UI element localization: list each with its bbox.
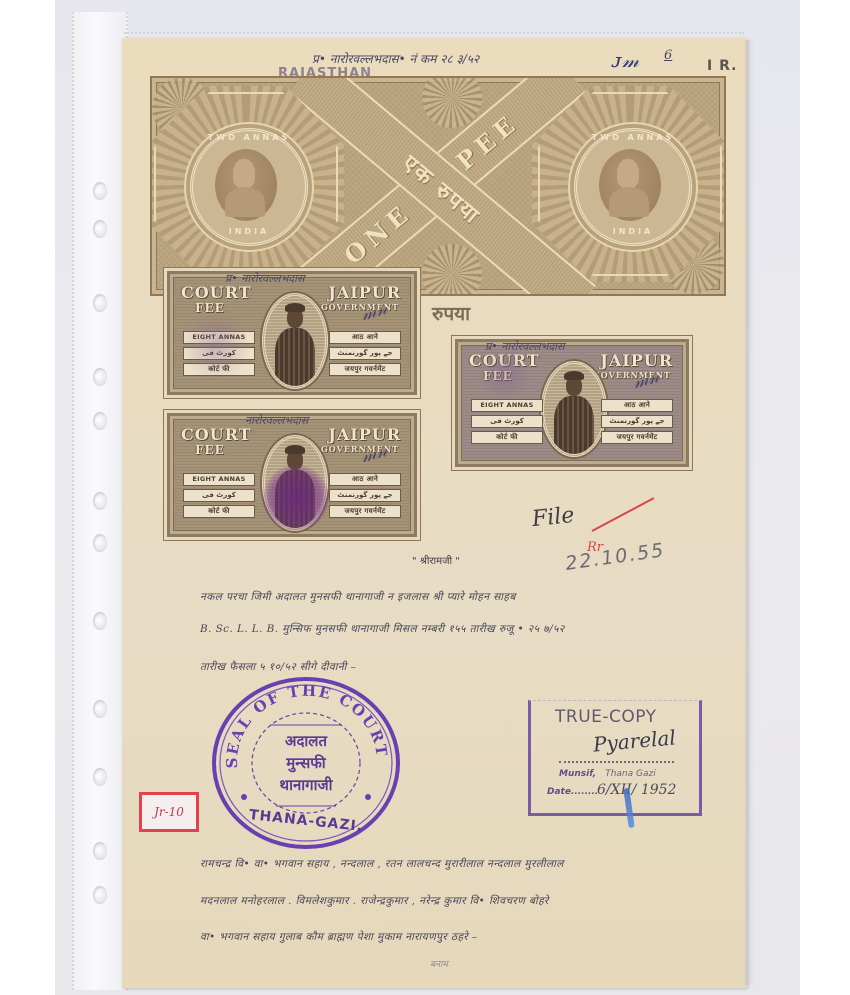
maharaja-portrait [541,361,607,457]
medallion-text: INDIA [193,227,305,236]
right-medallion: TWO ANNAS INDIA [574,128,692,246]
stamp-value-label: EIGHT ANNAS [183,473,255,486]
file-annotation: File [531,503,576,532]
punch-hole [93,412,107,430]
stamp-value-label: EIGHT ANNAS [471,399,543,412]
body-text-line: वा• भगवान सहाय गुलाब कौम ब्राह्मण पेशा म… [200,930,478,944]
stamp-value-label-hi: आठ आने [329,473,401,486]
punch-hole [93,842,107,860]
king-portrait [599,149,661,221]
true-copy-signature: Pyarelal [592,725,677,756]
court-fee-stamp: COURT FEE JAIPUR GOVERNMENT EIGHT ANNAS … [164,268,420,398]
body-text-line: रामचन्द्र वि• वा• भगवान सहाय , नन्दलाल ,… [200,857,564,871]
punch-hole [93,368,107,386]
body-text-line: नकल परचा जिमी अदालत मुनसफी थानागाजी न इज… [200,590,516,604]
denomination-mark: I R. [707,58,737,74]
stamp-urdu-label: کورٹ فی [471,415,543,428]
punch-hole [93,612,107,630]
date-value: 6/XII/ 1952 [597,782,676,798]
portrait-body [554,396,594,456]
stamp-cancellation-handwriting: नारोरवल्लभदास [245,413,308,428]
stamp-jaipur-word: JAIPUR [600,351,673,370]
faint-ink-mark [475,349,535,399]
medallion-text: TWO ANNAS [193,133,305,142]
stamp-value-label-hi: आठ आने [601,399,673,412]
bottom-ornament [422,244,482,296]
seal-inner-line: मुन्सफी [208,753,404,773]
header-signature: ᴊ𝓂 [612,48,639,72]
signature-dotted-line [559,761,674,763]
left-medallion: TWO ANNAS INDIA [190,128,308,246]
stamp-hindi-label: कोर्ट फी [183,505,255,518]
punch-hole [93,294,107,312]
portrait-head [566,376,582,396]
punch-hole [93,534,107,552]
footer-word: बनाम [430,957,448,970]
invocation-heading: " श्रीरामजी " [412,553,460,567]
stamp-hindi-label: जयपुर गवर्नमेंट [601,431,673,444]
sleeve-top-edge [124,22,744,34]
stamp-hindi-label: जयपुर गवर्नमेंट [329,363,401,376]
punch-hole [93,886,107,904]
header-number: 6 [664,48,672,63]
stamp-urdu-label: جے پور گورنمنٹ [329,489,401,502]
punch-hole [93,700,107,718]
stamp-hindi-label: कोर्ट फी [471,431,543,444]
court-seal: SEAL OF THE COURT OF MUNSIF अदालत मुन्सफ… [208,673,404,851]
stamp-urdu-label: جے پور گورنمنٹ [329,347,401,360]
stamp-value-label-hi: आठ आने [329,331,401,344]
stamp-cancellation-handwriting: प्र• नारोरवल्लभदास [225,271,304,286]
catalog-label: Jr-10 [139,792,199,832]
body-text-line: B. Sc. L. L. B. मुन्सिफ मुनसफी थानागाजी … [200,622,565,636]
body-text-line: मदनलाल मनोहरलाल . विमलेशकुमार . राजेन्द्… [200,894,549,908]
portrait-body [275,328,315,388]
one-rupee-stamp: ONE RUPEE एक रुपया TWO ANNAS INDIA TWO A… [150,76,726,296]
stamp-jaipur-word: JAIPUR [328,425,401,444]
punch-hole [93,492,107,510]
date-label: Date........ [547,787,598,797]
seal-inner-line: अदालत [208,731,404,751]
court-fee-stamp: COURT FEE JAIPUR GOVERNMENT EIGHT ANNAS … [164,410,420,540]
body-text-line: तारीख फैसला ५ १०/५२ सीगे दीवानी – [200,660,356,674]
stamp-court-word: COURT [181,425,252,444]
true-copy-title: TRUE-COPY [555,707,657,727]
portrait-head [287,308,303,328]
right-octagon: TWO ANNAS INDIA [532,86,726,282]
medallion-text: TWO ANNAS [577,133,689,142]
king-portrait [215,149,277,221]
header-handwriting: प्र• नारोरवल्लभदास• नं कम २८ ३/५२ [312,50,479,67]
maharaja-portrait [262,293,328,389]
faint-ink-mark [181,311,251,381]
purple-ink-blot [263,465,329,531]
rupaya-label: रुपया [432,300,470,326]
munsif-place: Thana Gazi [605,769,656,779]
stamp-urdu-label: کورٹ فی [183,489,255,502]
stamp-fee-word: FEE [195,443,225,457]
punch-hole [93,768,107,786]
stamp-hindi-label: जयपुर गवर्नमेंट [329,505,401,518]
stamp-urdu-label: جے پور گورنمنٹ [601,415,673,428]
punch-hole [93,220,107,238]
paper-shadow [745,40,755,985]
court-fee-stamp: COURT FEE JAIPUR GOVERNMENT EIGHT ANNAS … [452,336,692,470]
seal-inner-line: थानागाजी [208,775,404,795]
munsif-line: Munsif, Thana Gazi [559,769,656,779]
munsif-label: Munsif, [559,769,596,779]
true-copy-stamp: TRUE-COPY Pyarelal Munsif, Thana Gazi Da… [528,700,702,816]
stamp-jaipur-word: JAIPUR [328,283,401,302]
punch-hole [93,182,107,200]
medallion-text: INDIA [577,227,689,236]
